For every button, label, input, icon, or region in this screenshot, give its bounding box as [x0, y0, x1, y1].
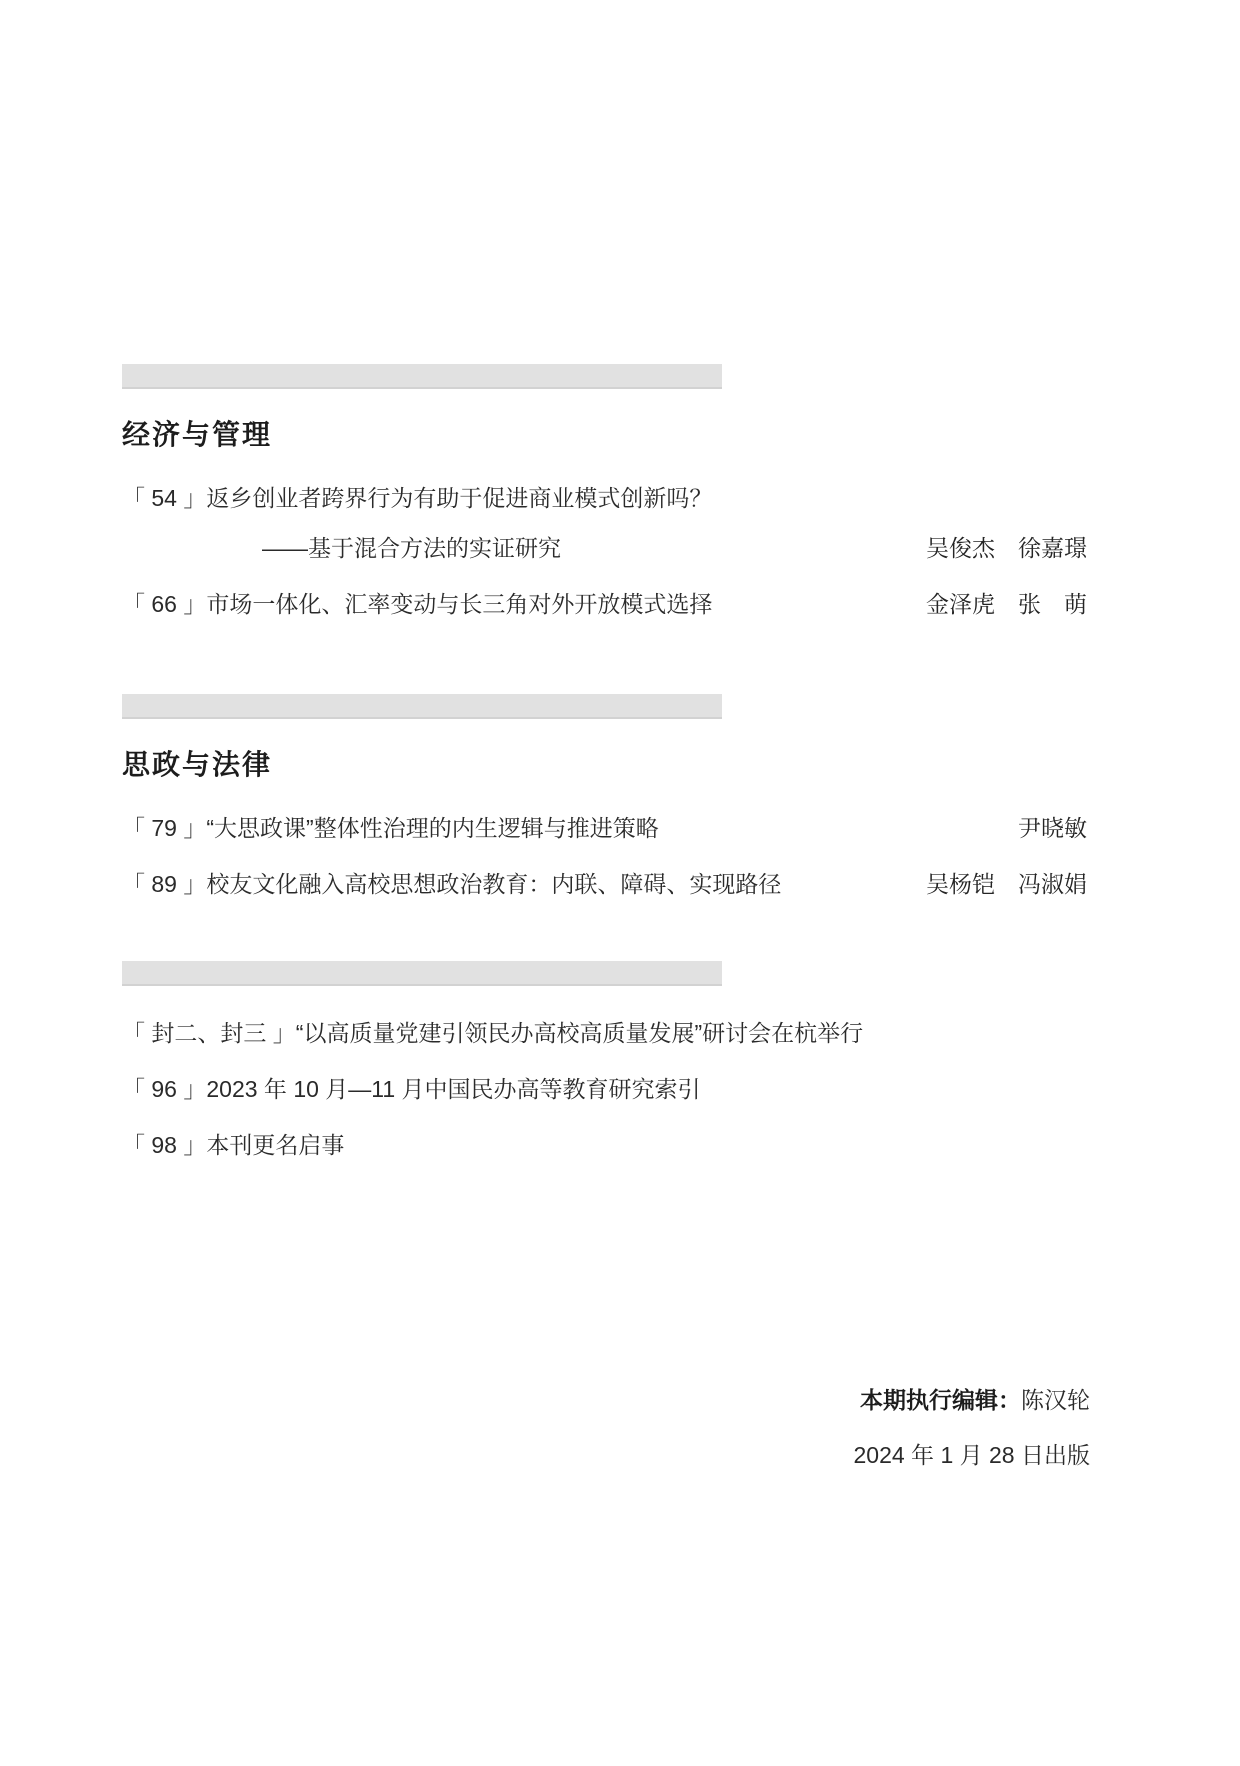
entry-page-label: 「 54 」	[122, 485, 206, 511]
issue-footer: 本期执行编辑：陈汉轮 2024 年 1 月 28 日出版	[854, 1385, 1091, 1470]
entry-title: 返乡创业者跨界行为有助于促进商业模式创新吗？	[206, 485, 712, 511]
publish-date: 2024 年 1 月 28 日出版	[854, 1440, 1091, 1470]
toc-entry: 「 98 」本刊更名启事	[122, 1130, 1087, 1160]
entry-authors: 吴杨铠 冯淑娟	[906, 869, 1087, 899]
entry-authors: 吴俊杰 徐嘉璟	[906, 533, 1087, 563]
entry-title-line: 「 66 」市场一体化、汇率变动与长三角对外开放模式选择	[122, 589, 712, 619]
journal-toc-page: 经济与管理 「 54 」返乡创业者跨界行为有助于促进商业模式创新吗？ ——基于混…	[0, 0, 1240, 1766]
entry-title: “大思政课”整体性治理的内生逻辑与推进策略	[206, 815, 658, 841]
entry-page-label: 「 98 」	[122, 1132, 206, 1158]
section-divider-bar	[122, 364, 722, 389]
entry-page-label: 「 96 」	[122, 1076, 206, 1102]
toc-entry: 「 79 」“大思政课”整体性治理的内生逻辑与推进策略 尹晓敏	[122, 813, 1087, 843]
entry-page-label: 「 66 」	[122, 591, 206, 617]
toc-section-economics-management: 经济与管理 「 54 」返乡创业者跨界行为有助于促进商业模式创新吗？ ——基于混…	[122, 364, 1087, 619]
toc-entry: 「 89 」校友文化融入高校思想政治教育：内联、障碍、实现路径 吴杨铠 冯淑娟	[122, 869, 1087, 899]
toc-content-column: 经济与管理 「 54 」返乡创业者跨界行为有助于促进商业模式创新吗？ ——基于混…	[122, 364, 1087, 1160]
section-divider-bar	[122, 694, 722, 719]
toc-section-ideology-law: 思政与法律 「 79 」“大思政课”整体性治理的内生逻辑与推进策略 尹晓敏 「 …	[122, 694, 1087, 899]
section-divider-bar	[122, 961, 722, 986]
entry-title: 市场一体化、汇率变动与长三角对外开放模式选择	[206, 591, 712, 617]
entry-title-line: 「 98 」本刊更名启事	[122, 1130, 344, 1160]
entry-subtitle: ——基于混合方法的实证研究	[262, 533, 561, 563]
entry-page-label: 「 封二、封三 」	[122, 1020, 296, 1046]
entry-title: 2023 年 10 月—11 月中国民办高等教育研究索引	[206, 1076, 700, 1102]
executive-editor-label: 本期执行编辑：	[860, 1387, 1021, 1413]
toc-entry: 「 96 」2023 年 10 月—11 月中国民办高等教育研究索引	[122, 1074, 1087, 1104]
section-title: 经济与管理	[122, 419, 1087, 451]
toc-entry: 「 66 」市场一体化、汇率变动与长三角对外开放模式选择 金泽虎 张 萌	[122, 589, 1087, 619]
entry-title: 校友文化融入高校思想政治教育：内联、障碍、实现路径	[206, 871, 781, 897]
toc-entry: 「 54 」返乡创业者跨界行为有助于促进商业模式创新吗？ ——基于混合方法的实证…	[122, 483, 1087, 563]
entry-authors: 尹晓敏	[998, 813, 1087, 843]
toc-entry: 「 封二、封三 」“以高质量党建引领民办高校高质量发展”研讨会在杭举行	[122, 1018, 1087, 1048]
section-title: 思政与法律	[122, 749, 1087, 781]
entry-title: 本刊更名启事	[206, 1132, 344, 1158]
entry-title-line: 「 封二、封三 」“以高质量党建引领民办高校高质量发展”研讨会在杭举行	[122, 1018, 863, 1048]
entry-title-line: 「 96 」2023 年 10 月—11 月中国民办高等教育研究索引	[122, 1074, 701, 1104]
entry-authors: 金泽虎 张 萌	[906, 589, 1087, 619]
executive-editor-name: 陈汉轮	[1021, 1387, 1090, 1413]
toc-section-backmatter: 「 封二、封三 」“以高质量党建引领民办高校高质量发展”研讨会在杭举行 「 96…	[122, 961, 1087, 1160]
entry-page-label: 「 89 」	[122, 871, 206, 897]
entry-page-label: 「 79 」	[122, 815, 206, 841]
entry-title-line: 「 89 」校友文化融入高校思想政治教育：内联、障碍、实现路径	[122, 869, 781, 899]
entry-title-line: 「 79 」“大思政课”整体性治理的内生逻辑与推进策略	[122, 813, 659, 843]
entry-title-line: 「 54 」返乡创业者跨界行为有助于促进商业模式创新吗？	[122, 483, 712, 513]
executive-editor-line: 本期执行编辑：陈汉轮	[854, 1385, 1091, 1415]
entry-title: “以高质量党建引领民办高校高质量发展”研讨会在杭举行	[296, 1020, 863, 1046]
